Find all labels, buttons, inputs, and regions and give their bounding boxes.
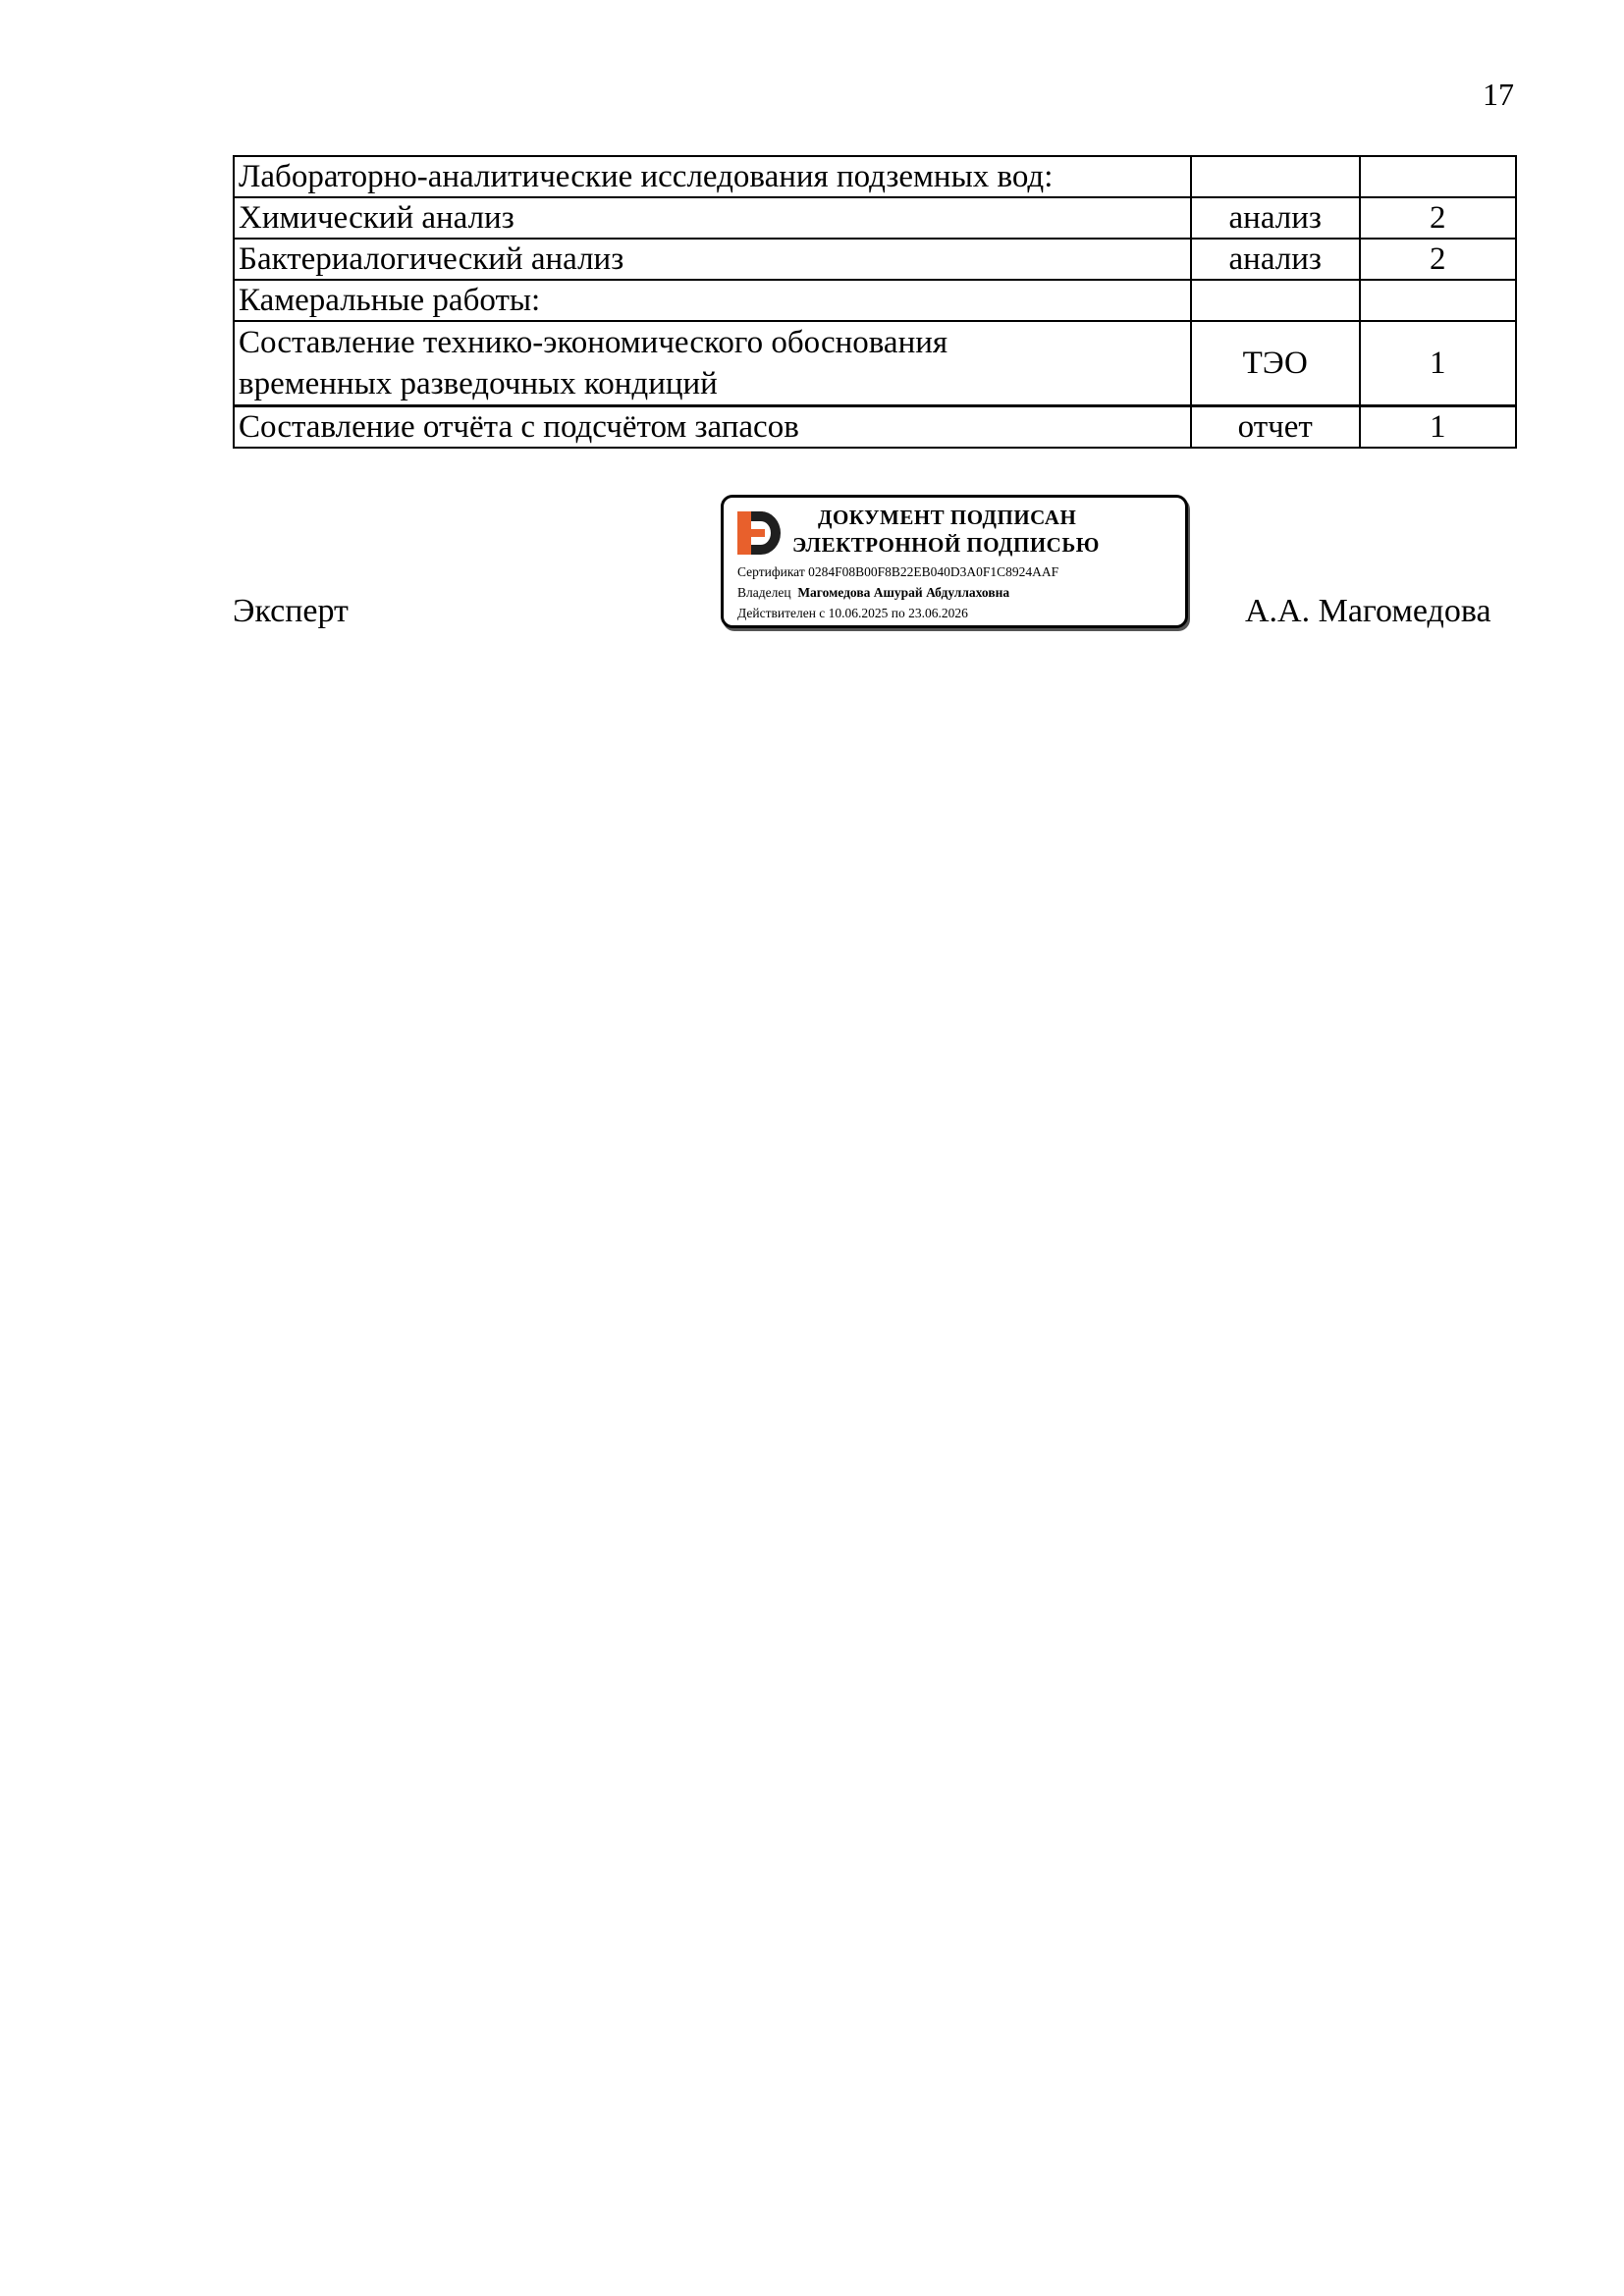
table-row: Бактериалогический анализ анализ 2: [234, 239, 1516, 280]
work-unit: анализ: [1191, 239, 1360, 280]
table-row: Химический анализ анализ 2: [234, 197, 1516, 239]
table-row: Лабораторно-аналитические исследования п…: [234, 156, 1516, 197]
table-row: Камеральные работы:: [234, 280, 1516, 321]
work-name: Камеральные работы:: [234, 280, 1191, 321]
owner-label: Владелец: [737, 585, 791, 600]
work-quantity: [1360, 156, 1516, 197]
work-quantity: [1360, 280, 1516, 321]
stamp-owner: Владелец Магомедова Ашурай Абдуллаховна: [737, 585, 1009, 601]
signer-role: Эксперт: [233, 593, 349, 630]
stamp-title: ДОКУМЕНТ ПОДПИСАН: [818, 506, 1076, 530]
signer-name: А.А. Магомедова: [1245, 593, 1491, 630]
stamp-validity: Действителен с 10.06.2025 по 23.06.2026: [737, 606, 968, 621]
work-unit: [1191, 156, 1360, 197]
work-quantity: 2: [1360, 197, 1516, 239]
work-name: Составление технико-экономического обосн…: [234, 321, 1191, 406]
work-name-line: Составление технико-экономического обосн…: [239, 322, 1186, 363]
table-row: Составление отчёта с подсчётом запасов о…: [234, 406, 1516, 449]
work-name: Химический анализ: [234, 197, 1191, 239]
stamp-title: ЭЛЕКТРОННОЙ ПОДПИСЬЮ: [792, 533, 1100, 558]
work-unit: анализ: [1191, 197, 1360, 239]
esign-logo-icon: [737, 509, 781, 557]
certificate-label: Сертификат: [737, 564, 805, 579]
stamp-certificate: Сертификат 0284F08B00F8B22EB040D3A0F1C89…: [737, 564, 1058, 580]
work-quantity: 1: [1360, 321, 1516, 406]
works-table: Лабораторно-аналитические исследования п…: [233, 155, 1517, 449]
work-quantity: 2: [1360, 239, 1516, 280]
work-name-line: временных разведочных кондиций: [239, 363, 1186, 404]
work-unit: [1191, 280, 1360, 321]
work-unit: ТЭО: [1191, 321, 1360, 406]
certificate-value: 0284F08B00F8B22EB040D3A0F1C8924AAF: [808, 564, 1058, 579]
work-unit: отчет: [1191, 406, 1360, 449]
electronic-signature-stamp: ДОКУМЕНТ ПОДПИСАН ЭЛЕКТРОННОЙ ПОДПИСЬЮ С…: [721, 495, 1188, 628]
work-name: Лабораторно-аналитические исследования п…: [234, 156, 1191, 197]
page-number: 17: [1483, 77, 1514, 113]
work-quantity: 1: [1360, 406, 1516, 449]
work-name: Составление отчёта с подсчётом запасов: [234, 406, 1191, 449]
owner-value: Магомедова Ашурай Абдуллаховна: [797, 585, 1009, 600]
work-name: Бактериалогический анализ: [234, 239, 1191, 280]
table-row: Составление технико-экономического обосн…: [234, 321, 1516, 406]
